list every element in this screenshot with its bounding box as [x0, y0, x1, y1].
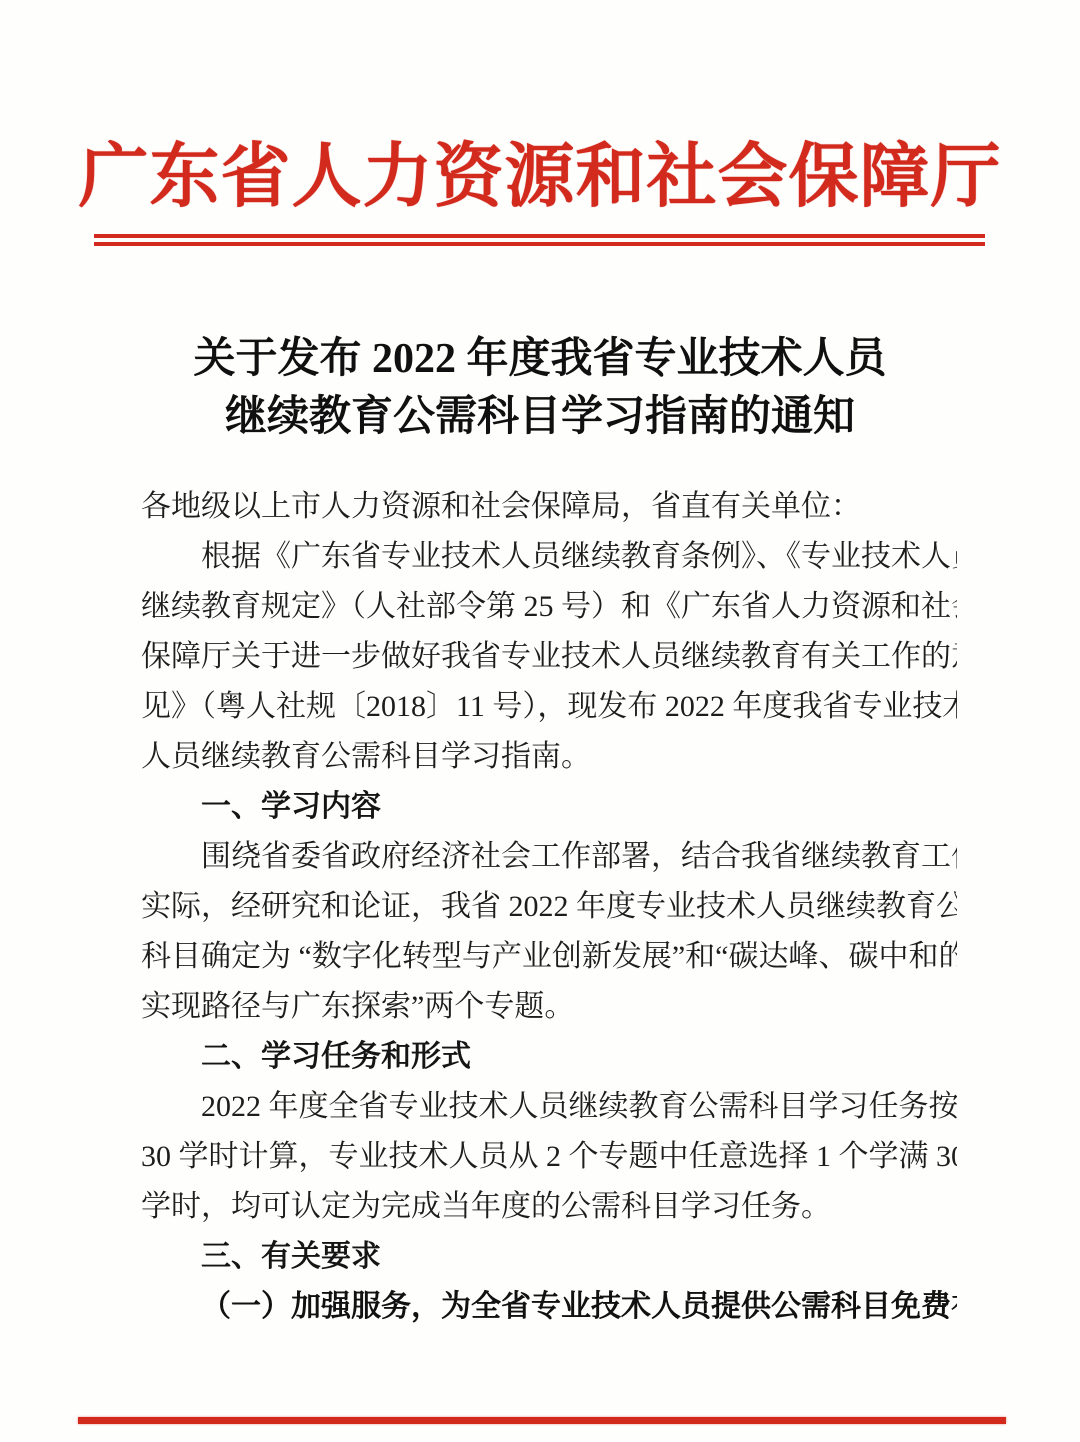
body-line: 2022 年度全省专业技术人员继续教育公需科目学习任务按 [141, 1082, 957, 1132]
document-title: 关于发布 2022 年度我省专业技术人员 继续教育公需科目学习指南的通知 [60, 330, 1020, 446]
body-line: 各地级以上市人力资源和社会保障局，省直有关单位： [141, 482, 957, 532]
body-line: 根据《广东省专业技术人员继续教育条例》、《专业技术人员 [141, 532, 957, 582]
body-line: 保障厅关于进一步做好我省专业技术人员继续教育有关工作的意 [141, 632, 957, 682]
document-title-line1: 关于发布 2022 年度我省专业技术人员 [60, 330, 1020, 388]
org-header-title: 广东省人力资源和社会保障厅 [40, 120, 1040, 221]
document-body: 各地级以上市人力资源和社会保障局，省直有关单位：根据《广东省专业技术人员继续教育… [141, 482, 957, 1332]
body-line: （一）加强服务，为全省专业技术人员提供公需科目免费在 [141, 1282, 957, 1332]
body-line: 见》（粤人社规〔2018〕11 号），现发布 2022 年度我省专业技术 [141, 682, 957, 732]
body-line: 30 学时计算，专业技术人员从 2 个专题中任意选择 1 个学满 30 [141, 1132, 957, 1182]
body-line: 围绕省委省政府经济社会工作部署，结合我省继续教育工作 [141, 832, 957, 882]
document-page: 广东省人力资源和社会保障厅 关于发布 2022 年度我省专业技术人员 继续教育公… [0, 0, 1080, 1442]
section-heading: 二、学习任务和形式 [141, 1032, 957, 1082]
body-line: 实际，经研究和论证，我省 2022 年度专业技术人员继续教育公需 [141, 882, 957, 932]
footer-rule [78, 1417, 1006, 1424]
body-line: 实现路径与广东探索”两个专题。 [141, 982, 957, 1032]
body-line: 科目确定为 “数字化转型与产业创新发展”和“碳达峰、碳中和的 [141, 932, 957, 982]
section-heading: 一、学习内容 [141, 782, 957, 832]
body-line: 学时，均可认定为完成当年度的公需科目学习任务。 [141, 1182, 957, 1232]
header-divider-rule [94, 234, 985, 246]
body-line: 继续教育规定》（人社部令第 25 号）和《广东省人力资源和社会 [141, 582, 957, 632]
document-title-line2: 继续教育公需科目学习指南的通知 [60, 388, 1020, 446]
section-heading: 三、有关要求 [141, 1232, 957, 1282]
body-line: 人员继续教育公需科目学习指南。 [141, 732, 957, 782]
